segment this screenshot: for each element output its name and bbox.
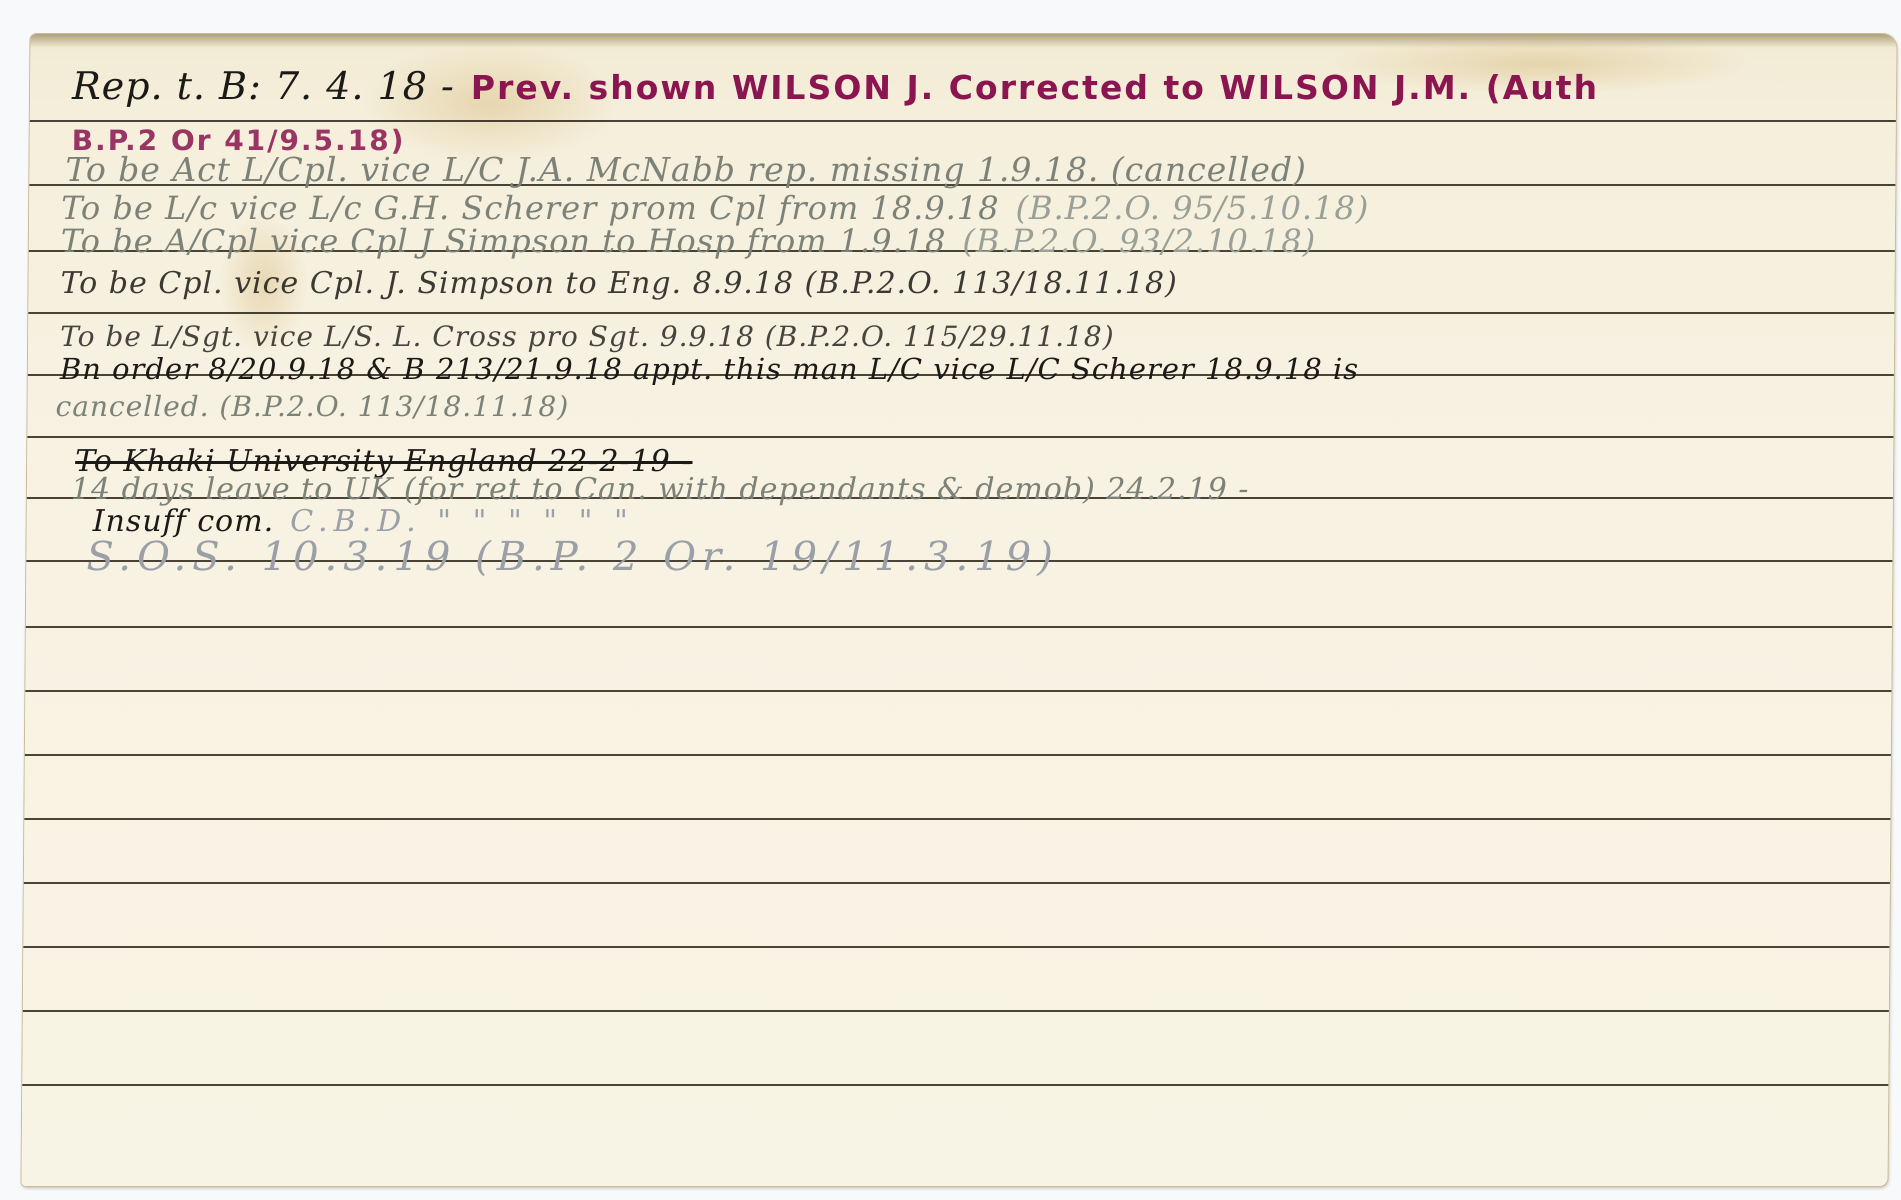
ruled-line bbox=[24, 818, 1890, 820]
entry-text: To be Cpl. vice Cpl. J. Simpson to Eng. … bbox=[60, 266, 1177, 301]
entry-lsgt-vice-cross: To be L/Sgt. vice L/S. L. Cross pro Sgt.… bbox=[60, 320, 1115, 353]
entry-text: To be A/Cpl vice Cpl J Simpson to Hosp f… bbox=[61, 222, 947, 260]
entry-rep-to-b: Rep. t. B: 7. 4. 18 -Prev. shown WILSON … bbox=[72, 64, 1615, 108]
entry-bn-order-cont: cancelled. (B.P.2.O. 113/18.11.18) bbox=[55, 390, 569, 423]
ruled-line bbox=[25, 754, 1891, 756]
ruled-line bbox=[24, 882, 1890, 884]
entry-text: To be Act L/Cpl. vice L/C J.A. McNabb re… bbox=[65, 150, 1307, 189]
ruled-line bbox=[22, 1084, 1888, 1086]
ruled-line bbox=[23, 1010, 1889, 1012]
entry-text: Rep. t. B: 7. 4. 18 - bbox=[72, 64, 455, 108]
entry-text: To be L/Sgt. vice L/S. L. Cross pro Sgt.… bbox=[60, 320, 1115, 353]
entry-ref: (B.P.2.O. 93/2.10.18) bbox=[962, 222, 1316, 260]
entry-text: 14 days leave to UK (for ret to Can. wit… bbox=[71, 472, 1250, 507]
ruled-line bbox=[30, 120, 1896, 122]
entry-text: Bn order 8/20.9.18 & B 213/21.9.18 appt.… bbox=[60, 352, 1360, 386]
ruled-line bbox=[28, 312, 1894, 314]
entry-bn-order: Bn order 8/20.9.18 & B 213/21.9.18 appt.… bbox=[60, 352, 1360, 386]
entry-leave-uk: 14 days leave to UK (for ret to Can. wit… bbox=[71, 472, 1250, 507]
ruled-line bbox=[25, 690, 1891, 692]
entry-text: S.O.S. 10.3.19 (B.P. 2 Or. 19/11.3.19) bbox=[86, 534, 1059, 580]
entry-cpl-vice-simpson: To be Cpl. vice Cpl. J. Simpson to Eng. … bbox=[60, 266, 1177, 301]
entry-sos: S.O.S. 10.3.19 (B.P. 2 Or. 19/11.3.19) bbox=[86, 534, 1059, 580]
ruled-line bbox=[23, 946, 1889, 948]
entry-act-lcpl: To be Act L/Cpl. vice L/C J.A. McNabb re… bbox=[65, 150, 1307, 189]
entry-text: cancelled. (B.P.2.O. 113/18.11.18) bbox=[55, 390, 569, 423]
ruled-line bbox=[27, 436, 1893, 438]
record-card: Rep. t. B: 7. 4. 18 -Prev. shown WILSON … bbox=[21, 34, 1896, 1186]
entry-text-correction: Prev. shown WILSON J. Corrected to WILSO… bbox=[471, 68, 1599, 107]
entry-acpl-vice-simpson: To be A/Cpl vice Cpl J Simpson to Hosp f… bbox=[61, 222, 1333, 260]
ruled-line bbox=[26, 626, 1892, 628]
